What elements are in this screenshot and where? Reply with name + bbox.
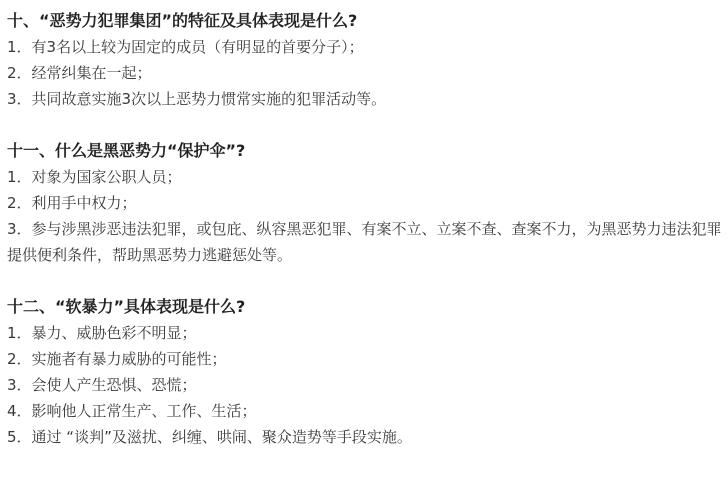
article-body: 十、“恶势力犯罪集团”的特征及具体表现是什么? 1．有3名以上较为固定的成员（有… xyxy=(0,0,728,450)
section-soft-violence: 十二、“软暴力”具体表现是什么? 1．暴力、威胁色彩不明显； 2．实施者有暴力威… xyxy=(7,294,722,450)
section-heading: 十二、“软暴力”具体表现是什么? xyxy=(7,294,722,320)
list-item: 5．通过 “谈判”及滋扰、纠缠、哄闹、聚众造势等手段实施。 xyxy=(7,424,722,450)
list-item: 3．会使人产生恐惧、恐慌； xyxy=(7,372,722,398)
list-item: 3．参与涉黑涉恶违法犯罪，或包庇、纵容黑恶犯罪、有案不立、立案不查、查案不力，为… xyxy=(7,216,722,268)
list-item: 1．暴力、威胁色彩不明显； xyxy=(7,320,722,346)
list-item: 2．经常纠集在一起； xyxy=(7,60,722,86)
section-protective-umbrella: 十一、什么是黑恶势力“保护伞”? 1．对象为国家公职人员； 2．利用手中权力； … xyxy=(7,138,722,268)
list-item: 2．利用手中权力； xyxy=(7,190,722,216)
list-item: 4．影响他人正常生产、工作、生活； xyxy=(7,398,722,424)
section-heading: 十一、什么是黑恶势力“保护伞”? xyxy=(7,138,722,164)
list-item: 1．对象为国家公职人员； xyxy=(7,164,722,190)
list-item: 3．共同故意实施3次以上恶势力惯常实施的犯罪活动等。 xyxy=(7,86,722,112)
section-criminal-group: 十、“恶势力犯罪集团”的特征及具体表现是什么? 1．有3名以上较为固定的成员（有… xyxy=(7,8,722,112)
list-item: 1．有3名以上较为固定的成员（有明显的首要分子）； xyxy=(7,34,722,60)
list-item: 2．实施者有暴力威胁的可能性； xyxy=(7,346,722,372)
section-heading: 十、“恶势力犯罪集团”的特征及具体表现是什么? xyxy=(7,8,722,34)
